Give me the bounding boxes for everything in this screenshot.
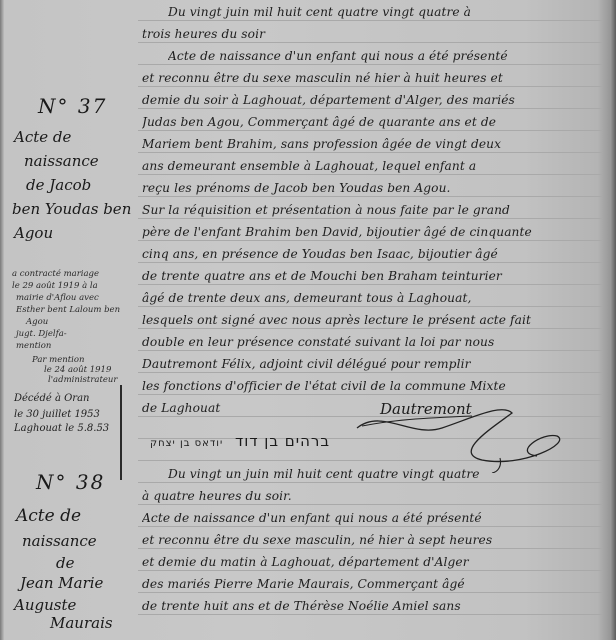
body-line: Judas ben Agou, Commerçant âgé de quaran…: [142, 114, 600, 130]
hebrew-signature-main: ברהים בן דוד: [235, 432, 330, 450]
body-line: ans demeurant ensemble à Laghouat, leque…: [142, 158, 600, 174]
register-page: N° 37 Acte de naissance de Jacob ben You…: [0, 0, 616, 640]
page-left-edge: [0, 0, 4, 640]
rule-line: [138, 240, 602, 241]
body-line: et reconnu être du sexe masculin né hier…: [142, 70, 600, 86]
rule-line: [138, 64, 602, 65]
body-line: père de l'enfant Brahim ben David, bijou…: [142, 224, 600, 240]
rule-line: [138, 328, 602, 329]
body-line: à quatre heures du soir.: [142, 488, 600, 504]
body-line: cinq ans, en présence de Youdas ben Isaa…: [142, 246, 600, 262]
rule-line: [138, 152, 602, 153]
margin-title-line: Acte de: [14, 128, 71, 146]
death-annotation: le 30 juillet 1953: [14, 408, 100, 422]
body-line: des mariés Pierre Marie Maurais, Commerç…: [142, 576, 600, 592]
body-line: double en leur présence constaté suivant…: [142, 334, 600, 350]
margin-title-line: naissance: [22, 532, 97, 550]
margin-title-line: ben Youdas ben: [12, 200, 131, 218]
hebrew-signature: ברהים בן דוד יודאס בן יצחק: [150, 432, 330, 450]
rule-line: [138, 20, 602, 21]
body-line: et reconnu être du sexe masculin, né hie…: [142, 532, 600, 548]
marriage-annotation: jugt. Djelfa-: [16, 328, 67, 340]
rule-line: [138, 482, 602, 483]
rule-line: [138, 42, 602, 43]
rule-line: [138, 196, 602, 197]
rule-line: [138, 394, 602, 395]
body-line: Mariem bent Brahim, sans profession âgée…: [142, 136, 600, 152]
body-line: Sur la réquisition et présentation à nou…: [142, 202, 600, 218]
marriage-annotation: mention: [16, 340, 51, 352]
margin-title-line: Auguste: [14, 596, 76, 614]
margin-title-line: Jean Marie: [20, 574, 103, 592]
margin-title-line: Acte de: [16, 506, 81, 526]
page-binding-edge: [610, 0, 616, 640]
margin-title-line: Maurais: [50, 614, 113, 632]
body-line: de trente quatre ans et de Mouchi ben Br…: [142, 268, 600, 284]
body-line: lesquels ont signé avec nous après lectu…: [142, 312, 600, 328]
body-line: les fonctions d'officier de l'état civil…: [142, 378, 600, 394]
rule-line: [138, 218, 602, 219]
body-line: Dautremont Félix, adjoint civil délégué …: [142, 356, 600, 372]
marriage-annotation: mairie d'Aflou avec: [16, 292, 99, 304]
death-annotation: Décédé à Oran: [14, 392, 89, 406]
entry-number: N° 38: [36, 470, 105, 494]
marriage-annotation: Esther bent Laloum ben: [16, 304, 120, 316]
body-line: Du vingt juin mil huit cent quatre vingt…: [168, 4, 600, 20]
rule-line: [138, 130, 602, 131]
margin-divider-line: [120, 385, 122, 480]
rule-line: [138, 306, 602, 307]
rule-line: [138, 504, 602, 505]
margin-title-line: de Jacob: [26, 176, 91, 194]
marriage-annotation: a contracté mariage: [12, 268, 99, 280]
rule-line: [138, 614, 602, 615]
death-annotation: Laghouat le 5.8.53: [14, 422, 109, 436]
rule-line: [138, 174, 602, 175]
marriage-annotation: le 29 août 1919 à la: [12, 280, 98, 292]
rule-line: [138, 350, 602, 351]
marriage-annotation: Agou: [26, 316, 48, 328]
margin-title-line: Agou: [14, 224, 53, 242]
margin-title-line: de: [56, 554, 74, 572]
rule-line: [138, 592, 602, 593]
body-line: âgé de trente deux ans, demeurant tous à…: [142, 290, 600, 306]
body-line: Du vingt un juin mil huit cent quatre vi…: [168, 466, 600, 482]
body-line: trois heures du soir: [142, 26, 600, 42]
rule-line: [138, 570, 602, 571]
margin-title-line: naissance: [24, 152, 99, 170]
rule-line: [138, 548, 602, 549]
hebrew-signature-small: יודאס בן יצחק: [150, 438, 223, 449]
marriage-annotation: l'administrateur: [48, 374, 117, 386]
officer-signature: Dautremont: [380, 400, 472, 418]
body-line: Acte de naissance d'un enfant qui nous a…: [142, 510, 600, 526]
rule-line: [138, 372, 602, 373]
body-line: reçu les prénoms de Jacob ben Youdas ben…: [142, 180, 600, 196]
rule-line: [138, 284, 602, 285]
rule-line: [138, 108, 602, 109]
body-line: de trente huit ans et de Thérèse Noélie …: [142, 598, 600, 614]
body-line: et demie du matin à Laghouat, départemen…: [142, 554, 600, 570]
rule-line: [138, 526, 602, 527]
rule-line: [138, 262, 602, 263]
body-line: demie du soir à Laghouat, département d'…: [142, 92, 600, 108]
entry-number: N° 37: [38, 94, 107, 118]
rule-line: [138, 86, 602, 87]
body-line: Acte de naissance d'un enfant qui nous a…: [168, 48, 600, 64]
